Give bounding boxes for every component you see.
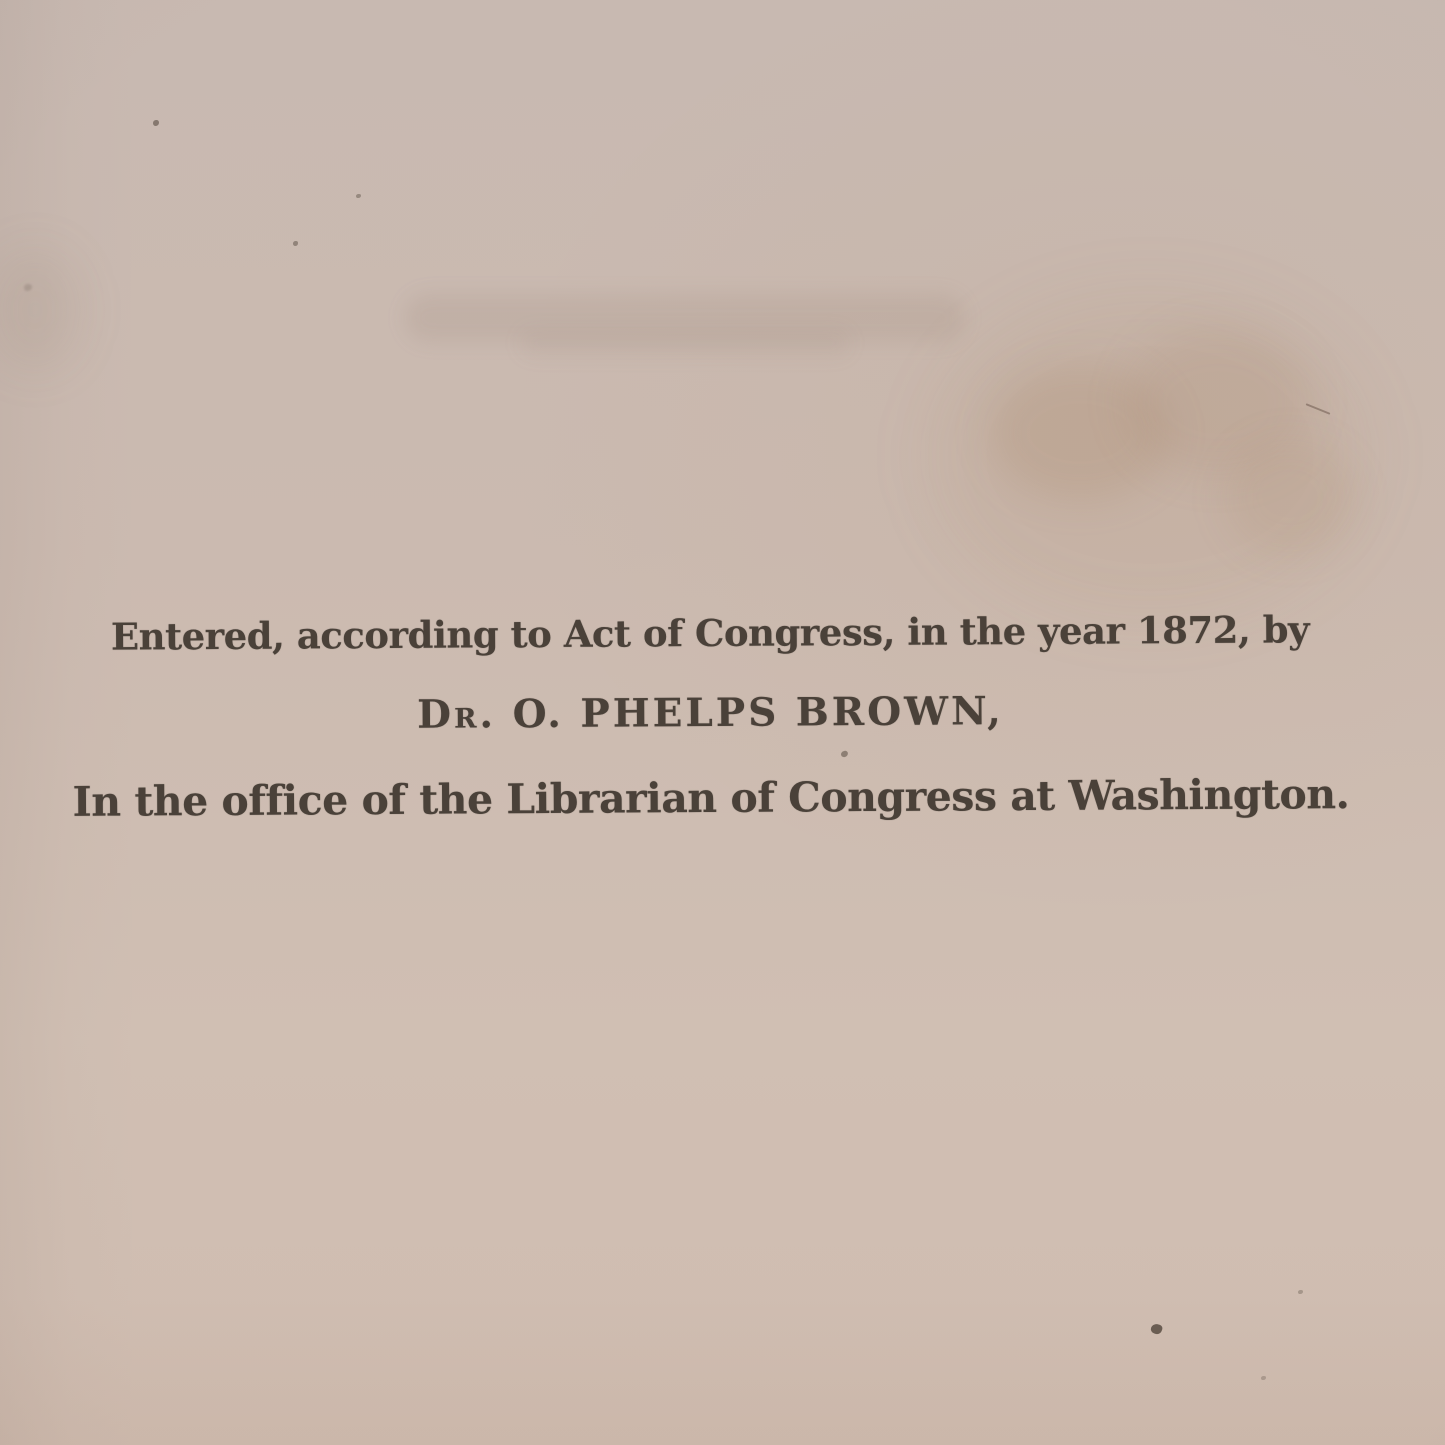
paper-speck <box>1298 1290 1303 1294</box>
copyright-line-author: Dr. O. PHELPS BROWN, <box>0 686 1433 740</box>
paper-stain <box>1225 440 1355 555</box>
copyright-line-entered: Entered, according to Act of Congress, i… <box>0 608 1433 659</box>
copyright-notice: Entered, according to Act of Congress, i… <box>0 608 1434 827</box>
copyright-line-librarian: In the office of the Librarian of Congre… <box>0 771 1434 827</box>
book-copyright-page-photo: Entered, according to Act of Congress, i… <box>0 0 1445 1445</box>
show-through-text-band <box>520 330 850 356</box>
paper-speck <box>293 241 298 246</box>
paper-speck <box>1261 1376 1266 1380</box>
paper-speck <box>153 120 159 126</box>
paper-speck <box>356 194 361 198</box>
paper-stain <box>0 250 80 370</box>
paper-speck <box>1150 1322 1164 1335</box>
